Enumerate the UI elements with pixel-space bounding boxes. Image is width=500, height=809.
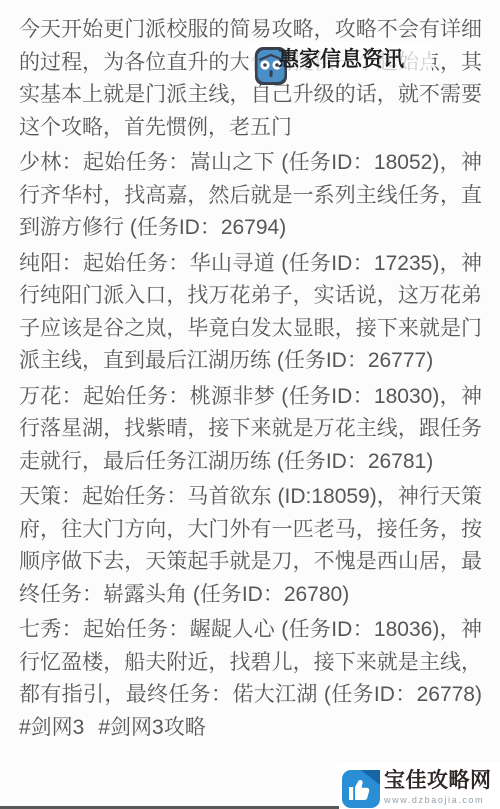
watermark-top-label: 惠家信息资讯	[278, 45, 404, 75]
paragraph-qixiu-text: 七秀：起始任务：龌龊人心 (任务ID：18036)，神行忆盈楼，船夫附近，找碧儿…	[19, 618, 488, 706]
watermark-site-name: 宝佳攻略网	[384, 768, 492, 794]
paragraph-tiance: 天策：起始任务：马首欲东 (ID:18059)，神行天策府，往大门方向，大门外有…	[19, 481, 482, 611]
watermark-bottom-text: 宝佳攻略网 www.dzbaojia.com	[384, 768, 492, 806]
paragraph-chunyang: 纯阳：起始任务：华山寻道 (任务ID：17235)，神行纯阳门派入口，找万花弟子…	[19, 248, 482, 378]
watermark-top: 惠家信息资讯	[248, 42, 432, 79]
article-body: 今天开始更门派校服的简易攻略，攻略不会有详细的过程，为各位直升的大佬们提供一个起…	[19, 14, 482, 744]
article-page: 今天开始更门派校服的简易攻略，攻略不会有详细的过程，为各位直升的大佬们提供一个起…	[0, 0, 500, 809]
watermark-bottom: 宝佳攻略网 www.dzbaojia.com	[337, 762, 500, 809]
paragraph-shaolin: 少林：起始任务：嵩山之下 (任务ID：18052)，神行齐华村，找高嘉，然后就是…	[19, 147, 482, 245]
hashtag-jx3-guide[interactable]: #剑网3攻略	[98, 716, 205, 739]
paragraph-wanhua: 万花：起始任务：桃源非梦 (任务ID：18030)，神行落星湖，找紫晴，接下来就…	[19, 381, 482, 479]
paragraph-qixiu: 七秀：起始任务：龌龊人心 (任务ID：18036)，神行忆盈楼，船夫附近，找碧儿…	[19, 614, 482, 744]
hashtag-jx3[interactable]: #剑网3	[19, 716, 84, 739]
watermark-site-url: www.dzbaojia.com	[384, 795, 492, 806]
thumbs-up-icon	[342, 770, 380, 808]
paragraph-intro: 今天开始更门派校服的简易攻略，攻略不会有详细的过程，为各位直升的大佬们提供一个起…	[19, 14, 482, 144]
